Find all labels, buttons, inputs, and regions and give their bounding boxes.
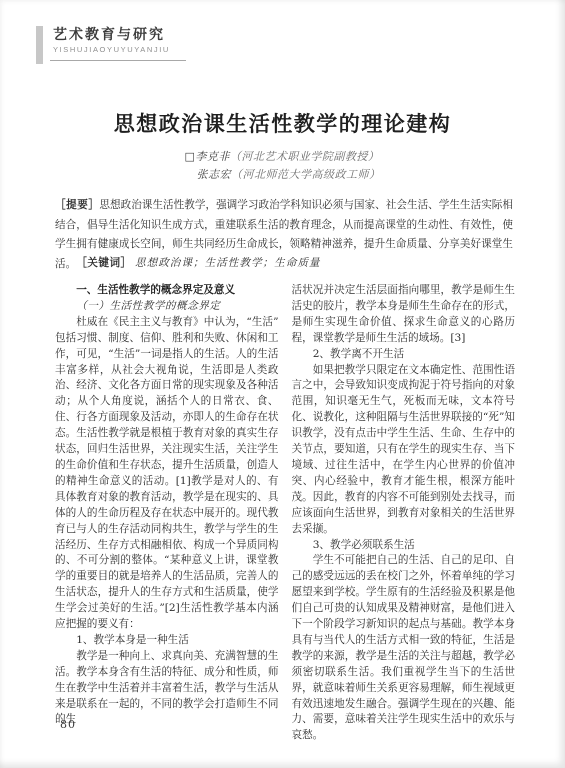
body-paragraph: 教学是一种向上、求真向美、充满智慧的生活。教学本身含有生活的特征、成分和性质，师… bbox=[55, 649, 279, 729]
author-prefix-square: □ bbox=[185, 150, 196, 163]
author-name-1: 李克非 bbox=[195, 150, 230, 163]
body-paragraph: 如果把教学只限定在文本确定性、范围性语言之中，会导致知识变成拘泥于符号指向的对象… bbox=[292, 363, 516, 538]
numbered-heading-2: 2、教学离不开生活 bbox=[292, 347, 516, 363]
sub-heading-1-1: （一）生活性教学的概念界定 bbox=[55, 299, 279, 315]
section-heading-1: 一、生活性教学的概念界定及意义 bbox=[55, 283, 279, 299]
journal-page: 艺术教育与研究 YISHUJIAOYUYUYANJIU 思想政治课生活性教学的理… bbox=[0, 0, 565, 768]
right-column: 活状况并决定生活层面指向哪里，教学是师生生活史的胶片，教学本身是师生生命存在的形… bbox=[292, 283, 516, 744]
author-line-1: □李克非（河北艺术职业学院副教授） bbox=[185, 148, 381, 166]
keywords-label: ［关键词］ bbox=[76, 257, 131, 269]
header-rule bbox=[50, 60, 186, 61]
keywords-text: 思想政治课；生活性教学；生命质量 bbox=[135, 257, 321, 269]
journal-name: 艺术教育与研究 bbox=[53, 24, 170, 44]
author-affiliation-2: （河北师范大学高级政工师） bbox=[231, 168, 381, 181]
numbered-heading-1: 1、教学本身是一种生活 bbox=[55, 633, 279, 649]
author-line-2: 张志宏（河北师范大学高级政工师） bbox=[185, 166, 381, 184]
body-paragraph: 杜威在《民主主义与教育》中认为，“生活”包括习惯、制度、信仰、胜利和失败、休闲和… bbox=[55, 315, 279, 633]
author-block: □李克非（河北艺术职业学院副教授） 张志宏（河北师范大学高级政工师） bbox=[0, 148, 565, 184]
numbered-heading-3: 3、教学必须联系生活 bbox=[292, 538, 516, 554]
author-affiliation-1: （河北艺术职业学院副教授） bbox=[230, 150, 380, 163]
author-name-2: 张志宏 bbox=[197, 168, 232, 181]
page-number: 80 bbox=[60, 718, 76, 731]
body-paragraph-continuation: 活状况并决定生活层面指向哪里，教学是师生生活史的胶片，教学本身是师生生命存在的形… bbox=[292, 283, 516, 347]
header-accent-bar bbox=[36, 26, 43, 64]
journal-pinyin: YISHUJIAOYUYUYANJIU bbox=[53, 45, 170, 54]
abstract-label: ［提要］ bbox=[55, 199, 99, 211]
article-body: 一、生活性教学的概念界定及意义 （一）生活性教学的概念界定 杜威在《民主主义与教… bbox=[55, 283, 515, 744]
article-title: 思想政治课生活性教学的理论建构 bbox=[0, 108, 565, 138]
journal-masthead: 艺术教育与研究 YISHUJIAOYUYUYANJIU bbox=[53, 24, 170, 54]
author-lines: □李克非（河北艺术职业学院副教授） 张志宏（河北师范大学高级政工师） bbox=[185, 148, 381, 184]
left-column: 一、生活性教学的概念界定及意义 （一）生活性教学的概念界定 杜威在《民主主义与教… bbox=[55, 283, 279, 744]
body-paragraph: 学生不可能把自己的生活、自己的足印、自己的感受远远的丢在校门之外，怀着单纯的学习… bbox=[292, 553, 516, 744]
keywords-block: ［关键词］ 思想政治课；生活性教学；生命质量 bbox=[55, 254, 513, 274]
